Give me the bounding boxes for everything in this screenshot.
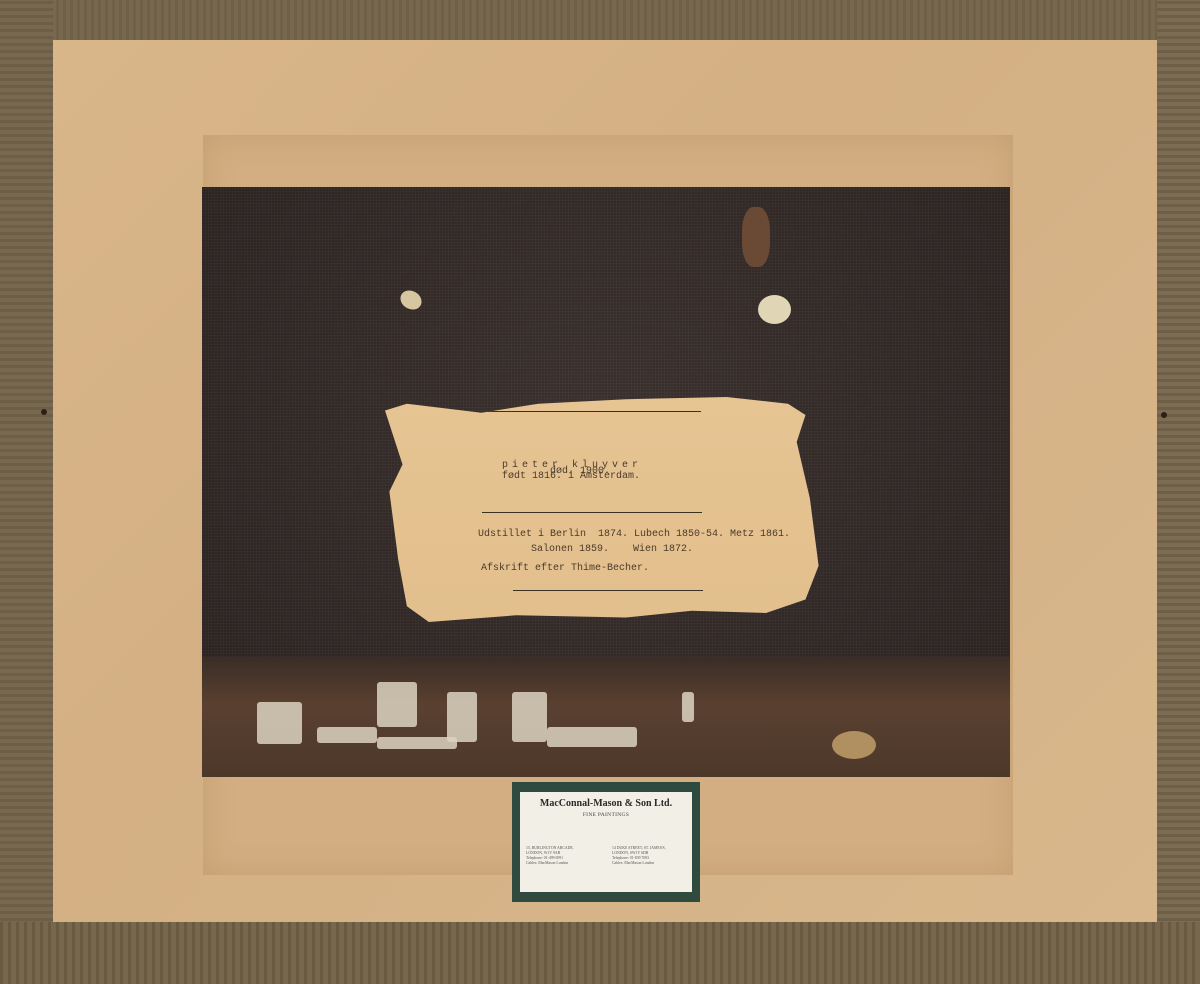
frame-right-rail: [1157, 0, 1200, 984]
stain-spot: [758, 295, 791, 324]
source-note: Afskrift efter Thime-Becher.: [481, 563, 649, 574]
frame-top-rail: [0, 0, 1200, 40]
stain-spot: [742, 207, 770, 267]
dealer-address-left: 15, BURLINGTON ARCADE, LONDON, W1V 9AB T…: [526, 846, 606, 866]
nail-hole-left: [41, 409, 47, 415]
exhibition-info-cont: Salonen 1859. Wien 1872.: [531, 544, 693, 555]
dealer-label: MacConnal-Mason & Son Ltd. FINE PAINTING…: [512, 782, 700, 902]
label-rule: [482, 512, 702, 513]
frame-left-rail: [0, 0, 53, 984]
dealer-name: MacConnal-Mason & Son Ltd.: [520, 798, 692, 809]
death-info: død. 1900.: [550, 466, 610, 477]
label-rule: [485, 411, 701, 412]
typed-provenance-label: pieter kluyver født 1816. i Amsterdam. d…: [385, 397, 823, 622]
stain-spot: [832, 731, 876, 759]
label-rule: [513, 590, 703, 591]
dealer-card: MacConnal-Mason & Son Ltd. FINE PAINTING…: [520, 792, 692, 892]
dealer-address-right: 14 DUKE STREET, ST. JAMES'S, LONDON, SW1…: [612, 846, 692, 866]
dealer-subtitle: FINE PAINTINGS: [520, 812, 692, 818]
nail-hole-right: [1161, 412, 1167, 418]
stain-spot: [397, 287, 425, 314]
exhibition-info: Udstillet i Berlin 1874. Lubech 1850-54.…: [478, 529, 790, 540]
frame-bottom-rail: [0, 922, 1200, 984]
stretcher-bar-band: [202, 657, 1010, 777]
